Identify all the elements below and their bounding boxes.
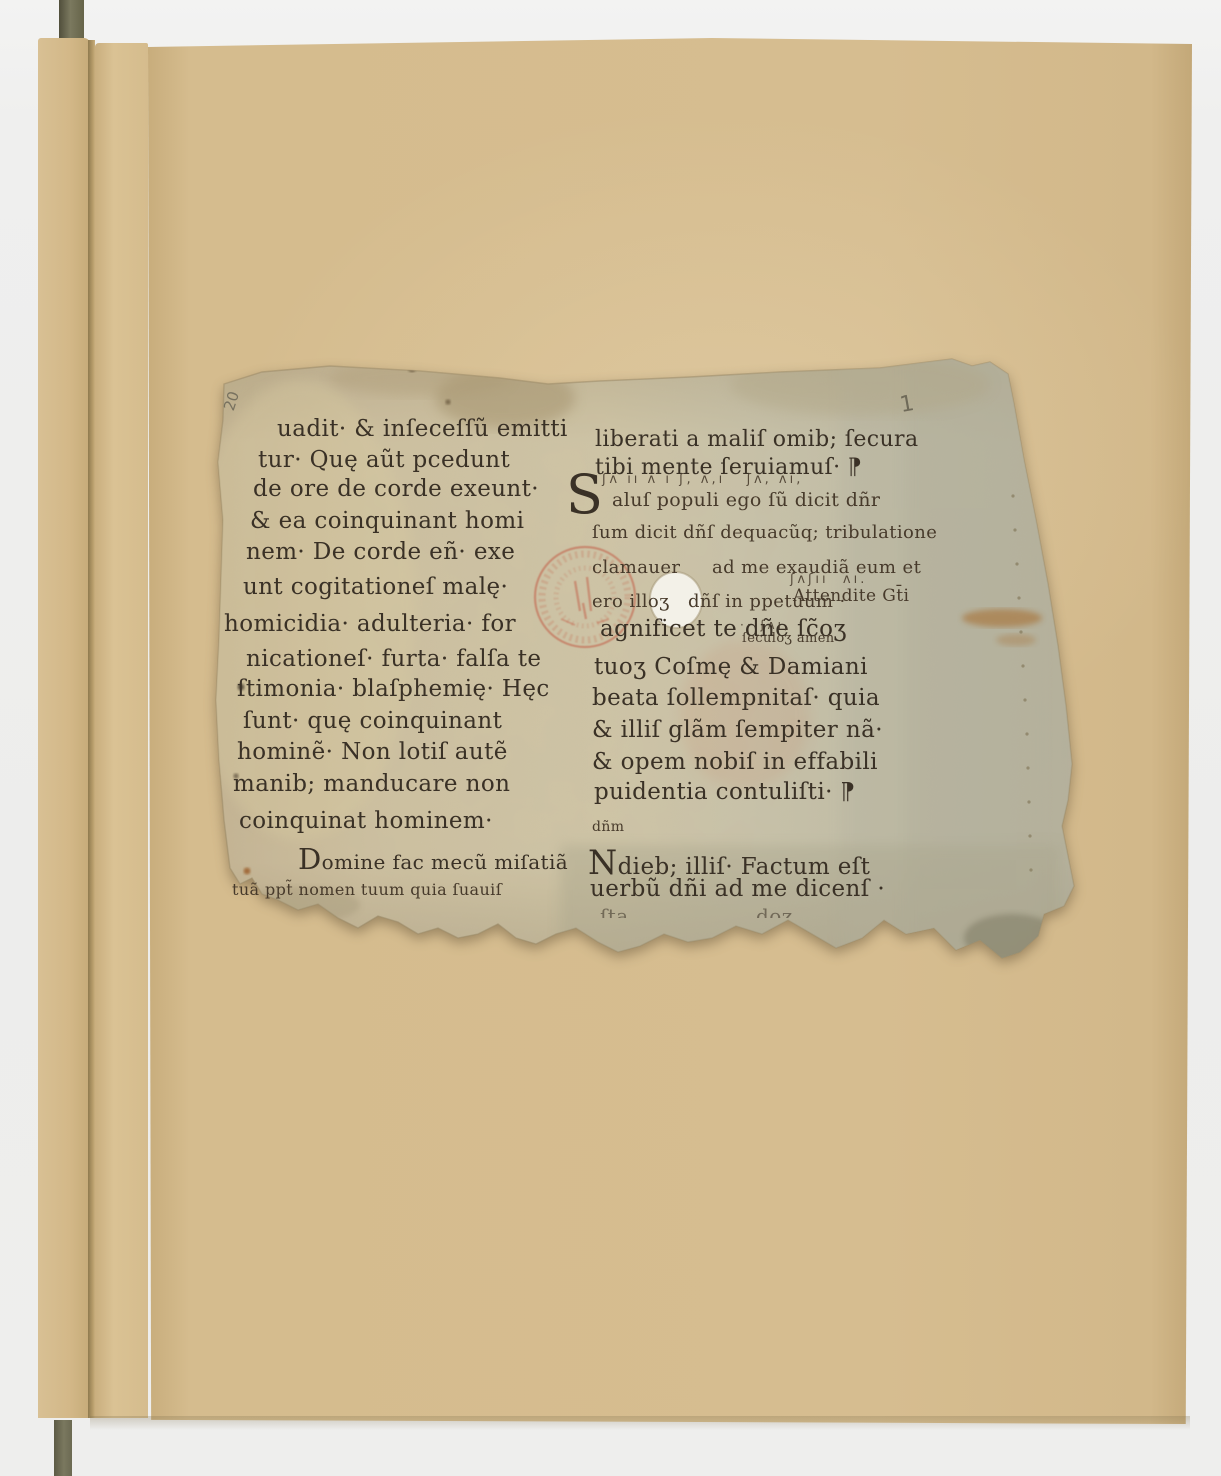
manuscript-scan: uadit· & inſeceſſũ emitti tur· Quę aũt p…: [0, 0, 1221, 1476]
neumes-row: ʃʌʃıı ʌı.: [790, 572, 867, 587]
manuscript-line: clamauer: [592, 559, 680, 577]
manuscript-line: ſeculoʒ amen: [742, 632, 835, 645]
manuscript-line: Ndieb; illiſ· Factum eſt: [588, 846, 870, 879]
manuscript-line: tuoʒ Coſmę & Damiani: [594, 656, 868, 679]
manuscript-line: liberati a maliſ omib; ſecura: [595, 429, 919, 451]
manuscript-line: beata ſollempnitaſ· quia: [592, 687, 880, 710]
manuscript-line: & ea coinquinant homi: [250, 510, 524, 533]
neumes-row: ʃʌ ıı ʌ ı ʃ, ʌ,ı ʃʌ, ʌı,: [602, 472, 803, 487]
manuscript-line: coinquinat hominem·: [239, 810, 493, 833]
manuscript-line: nem· De corde eñ· exe: [246, 541, 515, 564]
manuscript-line: dñm: [592, 820, 624, 834]
neumes-row: ·· ʃʌı,: [740, 618, 791, 632]
initial-letter-s: S: [566, 468, 603, 522]
manuscript-line: aluſ populi ego ſũ dicit dñr: [612, 491, 880, 510]
manuscript-line: & opem nobiſ in effabili: [592, 751, 878, 774]
manuscript-line: ſtimonia· blaſphemię· Hęc: [237, 678, 550, 701]
manuscript-line: homicidia· adulteria· for: [224, 613, 516, 636]
manuscript-line: & illiſ glãm ſempiter nã·: [592, 719, 883, 742]
manuscript-line: manib; manducare non: [233, 773, 510, 796]
manuscript-line: hominẽ· Non lotiſ autẽ: [237, 741, 508, 764]
manuscript-line: ſunt· quę coinquinant: [243, 710, 502, 733]
manuscript-line: tuã ppt̃ nomen tuum quia ſuauiſ: [232, 882, 502, 898]
manuscript-line: unt cogitationeſ malę·: [243, 576, 508, 599]
manuscript-line: Attendite Gt̄i: [793, 588, 909, 605]
manuscript-line: nicationeſ· furta· falſa te: [246, 648, 541, 671]
manuscript-line: puidentia contuliſti· ⁋: [594, 781, 856, 804]
manuscript-line: tur· Quę aũt pcedunt: [258, 449, 510, 472]
manuscript-line: ſum dicit dñſ dequacũq; tribulatione: [592, 524, 937, 542]
manuscript-line: uadit· & inſeceſſũ emitti: [277, 418, 568, 441]
manuscript-line: uerbũ dñi ad me dicenſ ·: [590, 878, 885, 901]
manuscript-line: de ore de corde exeunt·: [253, 478, 539, 501]
manuscript-line: Domine fac mecũ miſatiã: [298, 845, 568, 874]
